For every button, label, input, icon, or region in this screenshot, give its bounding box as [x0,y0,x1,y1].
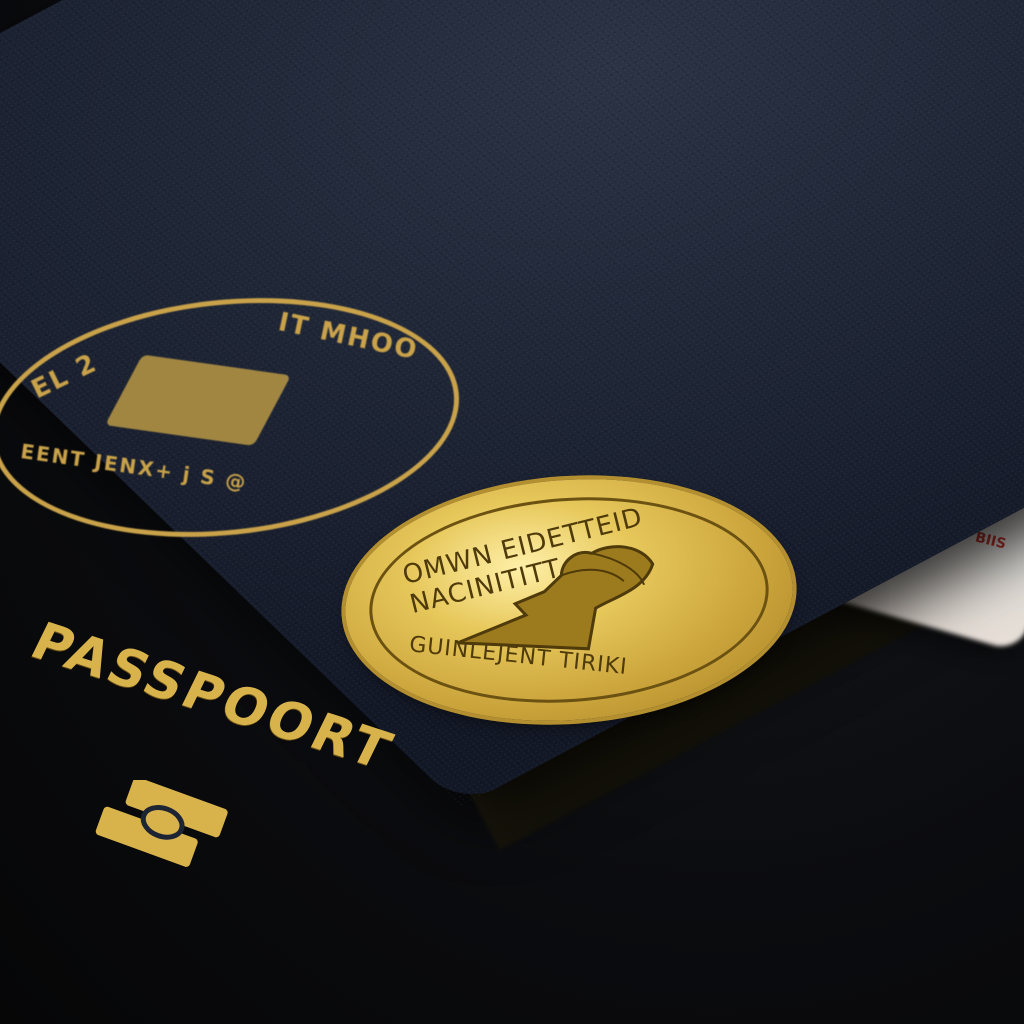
biometric-chip-icon [92,780,242,870]
emblem-shield-icon [105,355,291,446]
emblem-text-bottom: EENT JENX+ j S @ [19,439,249,495]
portrait-relief-icon [441,533,679,669]
